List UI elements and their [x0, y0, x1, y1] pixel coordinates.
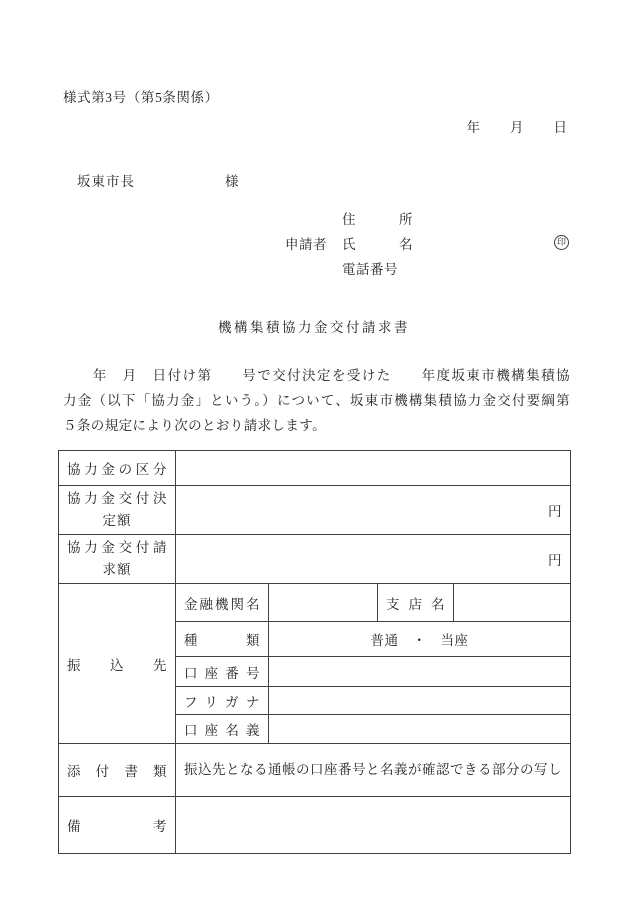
branch-label: 支店名 [386, 593, 445, 613]
applicant-label: 申請者 [285, 233, 342, 253]
paragraph-line: 力金（以下「協力金」という。）について、坂東市機構集積協力金交付要綱第 [63, 388, 570, 413]
applicant-block: 住所 申請者 氏名 印 電話番号 [58, 205, 570, 280]
addressee-name: 坂東市長 [77, 170, 225, 190]
name-label: 氏名 [342, 233, 413, 253]
attachments-label-cell: 添付書類 [59, 744, 176, 797]
decision-label-line2: 定額 [67, 510, 167, 532]
account-number-value-cell [269, 657, 571, 687]
document-title: 機構集積協力金交付請求書 [58, 316, 570, 336]
attachments-row: 添付書類 振込先となる通帳の口座番号と名義が確認できる部分の写し [59, 744, 571, 797]
category-value-cell [176, 451, 571, 486]
applicant-name-row: 申請者 氏名 印 [58, 230, 570, 255]
type-label: 種類 [184, 629, 260, 649]
remarks-label-cell: 備考 [59, 797, 176, 854]
addressee-line: 坂東市長様 [58, 170, 570, 190]
attachments-label: 添付書類 [67, 760, 167, 780]
decision-unit: 円 [548, 504, 562, 519]
bank-label-cell: 金融機関名 [176, 584, 269, 622]
request-table: 協力金の区分 協力金交付決 定額 円 協力金交付請 求額 円 振込先 金融機関名 [58, 450, 571, 854]
account-name-label: 口座名義 [184, 719, 260, 739]
form-number: 様式第3号（第5条関係） [58, 86, 570, 106]
furigana-label: フリガナ [184, 691, 260, 711]
category-label-cell: 協力金の区分 [59, 451, 176, 486]
document-page: 様式第3号（第5条関係） 年 月 日 坂東市長様 住所 申請者 氏名 印 電話番… [0, 0, 630, 903]
applicant-address-row: 住所 [58, 205, 570, 230]
account-number-label: 口座番号 [184, 662, 260, 682]
decision-value-cell: 円 [176, 486, 571, 535]
request-unit: 円 [548, 553, 562, 568]
body-paragraph: 年 月 日付け第 号で交付決定を受けた 年度坂東市機構集積協 力金（以下「協力金… [58, 363, 570, 438]
type-value-cell: 普通 ・ 当座 [269, 622, 571, 657]
type-label-cell: 種類 [176, 622, 269, 657]
category-row: 協力金の区分 [59, 451, 571, 486]
addressee-honorific: 様 [225, 174, 239, 189]
applicant-phone-row: 電話番号 [58, 255, 570, 280]
remarks-row: 備考 [59, 797, 571, 854]
request-value-cell: 円 [176, 535, 571, 584]
bank-value-cell [269, 584, 378, 622]
bank-label: 金融機関名 [184, 593, 260, 613]
category-label: 協力金の区分 [67, 458, 167, 478]
decision-amount-row: 協力金交付決 定額 円 [59, 486, 571, 535]
transfer-label: 振込先 [67, 654, 167, 674]
bank-row: 振込先 金融機関名 支店名 [59, 584, 571, 622]
branch-value-cell [454, 584, 571, 622]
request-label-cell: 協力金交付請 求額 [59, 535, 176, 584]
address-label: 住所 [342, 208, 413, 228]
phone-label: 電話番号 [342, 258, 398, 278]
request-label-line1: 協力金交付請 [67, 537, 167, 559]
account-number-label-cell: 口座番号 [176, 657, 269, 687]
furigana-label-cell: フリガナ [176, 687, 269, 715]
paragraph-line: 年 月 日付け第 号で交付決定を受けた 年度坂東市機構集積協 [63, 363, 570, 388]
paragraph-line: ５条の規定により次のとおり請求します。 [63, 413, 570, 438]
decision-label-cell: 協力金交付決 定額 [59, 486, 176, 535]
remarks-label: 備考 [67, 815, 167, 835]
account-name-value-cell [269, 715, 571, 744]
branch-label-cell: 支店名 [378, 584, 454, 622]
seal-icon: 印 [554, 235, 569, 250]
date-line: 年 月 日 [58, 116, 570, 136]
decision-label-line1: 協力金交付決 [67, 488, 167, 510]
request-amount-row: 協力金交付請 求額 円 [59, 535, 571, 584]
remarks-value-cell [176, 797, 571, 854]
furigana-value-cell [269, 687, 571, 715]
account-name-label-cell: 口座名義 [176, 715, 269, 744]
attachments-value-cell: 振込先となる通帳の口座番号と名義が確認できる部分の写し [176, 744, 571, 797]
transfer-label-cell: 振込先 [59, 584, 176, 744]
request-label-line2: 求額 [67, 559, 167, 581]
